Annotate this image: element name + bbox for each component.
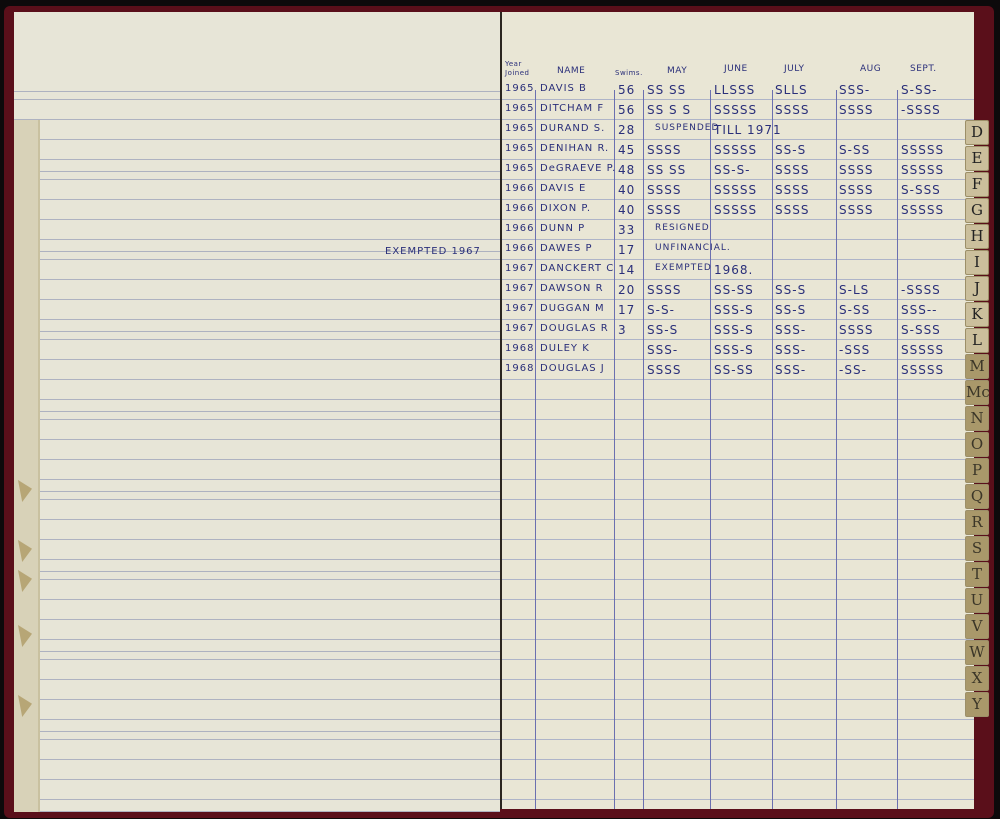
cell-swims: 14: [618, 263, 635, 277]
cell-year: 1965: [505, 103, 534, 114]
header-sept: SEPT.: [910, 64, 937, 74]
cell-may: SSSS: [647, 363, 681, 377]
cell-aug: S-SS: [839, 303, 870, 317]
cell-swims: 33: [618, 223, 635, 237]
cell-june: SSS-S: [714, 323, 754, 337]
table-row: 1966DIXON P.40SSSSSSSSSSSSSSSSSSSSSS: [502, 200, 974, 220]
index-tab-r[interactable]: R: [965, 510, 989, 535]
table-row: 1966DAWES P17UNFINANCIAL.: [502, 240, 974, 260]
header-swims: Swims.: [615, 69, 643, 77]
table-row: 1965DAVIS B56SS SSLLSSSSLLSSSS-S-SS-: [502, 80, 974, 100]
cell-june: SS-SS: [714, 363, 754, 377]
cell-may: SS S S: [647, 103, 691, 117]
cell-swims: 17: [618, 243, 635, 257]
right-page-ledger: Year Joined NAME Swims. MAY JUNE JULY AU…: [500, 12, 974, 809]
margin-note-exempted: EXEMPTED 1967: [385, 246, 481, 257]
index-tab-t[interactable]: T: [965, 562, 989, 587]
cell-name: DAWSON R: [540, 283, 604, 294]
cell-sept: S-SSS: [901, 183, 941, 197]
index-tab-m[interactable]: M: [965, 354, 989, 379]
cell-name: DAVIS B: [540, 83, 587, 94]
index-tab-k[interactable]: K: [965, 302, 989, 327]
index-tab-d[interactable]: D: [965, 120, 989, 145]
cell-year: 1967: [505, 283, 534, 294]
cell-sept: SSSSS: [901, 163, 944, 177]
cell-swims: 56: [618, 103, 635, 117]
index-tab-f[interactable]: F: [965, 172, 989, 197]
index-tab-v[interactable]: V: [965, 614, 989, 639]
cell-june: SSSSS: [714, 103, 757, 117]
cell-july: SSS-: [775, 363, 806, 377]
cell-swims: 40: [618, 203, 635, 217]
cell-june: 1968.: [714, 263, 753, 277]
cell-name: DAWES P: [540, 243, 593, 254]
cell-year: 1967: [505, 323, 534, 334]
index-tab-p[interactable]: P: [965, 458, 989, 483]
table-row: 1967DOUGLAS R3SS-SSSS-SSSS-SSSSS-SSS: [502, 320, 974, 340]
cell-july: SS-S: [775, 303, 806, 317]
cell-year: 1967: [505, 303, 534, 314]
cell-swims: 45: [618, 143, 635, 157]
cell-sept: -SSSS: [901, 103, 941, 117]
cell-name: DeGRAEVE P.: [540, 163, 616, 174]
cell-year: 1965: [505, 163, 534, 174]
cell-may: SUSPENDED: [655, 123, 719, 133]
cell-july: SSSS: [775, 103, 809, 117]
table-row: 1966DAVIS E40SSSSSSSSSSSSSSSSSS-SSS: [502, 180, 974, 200]
cell-june: SS-SS: [714, 283, 754, 297]
cell-year: 1965: [505, 123, 534, 134]
cell-sept: -SSSS: [901, 283, 941, 297]
alphabet-index-tabs: DEFGHIJKLMMcNOPQRSTUVWXY: [965, 120, 989, 718]
cell-sept: SSSSS: [901, 203, 944, 217]
cell-name: DURAND S.: [540, 123, 605, 134]
cell-sept: SSSSS: [901, 363, 944, 377]
index-tab-n[interactable]: N: [965, 406, 989, 431]
header-year-joined: Year Joined: [505, 60, 535, 78]
cell-aug: SSSS: [839, 103, 873, 117]
cell-name: DUGGAN M: [540, 303, 605, 314]
index-tab-s[interactable]: S: [965, 536, 989, 561]
cell-july: SSS-: [775, 323, 806, 337]
cell-sept: SSSSS: [901, 143, 944, 157]
cell-may: EXEMPTED: [655, 263, 712, 273]
cell-july: SSSS: [775, 203, 809, 217]
cell-may: RESIGNED: [655, 223, 710, 233]
table-row: 1967DAWSON R20SSSSSS-SSSS-SS-LS-SSSS: [502, 280, 974, 300]
cell-name: DULEY K: [540, 343, 590, 354]
cell-year: 1965: [505, 83, 534, 94]
cell-july: SLLS: [775, 83, 808, 97]
cell-aug: S-LS: [839, 283, 869, 297]
cell-may: SSSS: [647, 183, 681, 197]
cell-year: 1965: [505, 143, 534, 154]
table-row: 1965DITCHAM F56SS S SSSSSSSSSSSSSS-SSSS: [502, 100, 974, 120]
cell-aug: SSSS: [839, 183, 873, 197]
cell-name: DIXON P.: [540, 203, 591, 214]
table-row: 1967DUGGAN M17S-S-SSS-SSS-SS-SSSSS--: [502, 300, 974, 320]
cell-june: SS-S-: [714, 163, 751, 177]
cell-july: SS-S: [775, 143, 806, 157]
cell-swims: 20: [618, 283, 635, 297]
table-row: 1965DeGRAEVE P.48SS SSSS-S-SSSSSSSSSSSSS: [502, 160, 974, 180]
cell-june: SSSSS: [714, 203, 757, 217]
index-tab-q[interactable]: Q: [965, 484, 989, 509]
cell-july: SSSS: [775, 183, 809, 197]
cell-aug: SSSS: [839, 203, 873, 217]
table-row: 1968DULEY KSSS-SSS-SSSS--SSSSSSSS: [502, 340, 974, 360]
cell-aug: -SSS: [839, 343, 870, 357]
cell-swims: 40: [618, 183, 635, 197]
cell-swims: 28: [618, 123, 635, 137]
table-row: 1965DENIHAN R.45SSSSSSSSSSS-SS-SSSSSSS: [502, 140, 974, 160]
ruled-lines: [14, 80, 500, 812]
table-row: 1967DANCKERT C14EXEMPTED1968.: [502, 260, 974, 280]
index-tab-j[interactable]: J: [965, 276, 989, 301]
left-page: [14, 12, 500, 812]
index-tab-u[interactable]: U: [965, 588, 989, 613]
torn-stub: [18, 625, 32, 647]
cell-year: 1966: [505, 223, 534, 234]
index-tab-h[interactable]: H: [965, 224, 989, 249]
cell-sept: S-SSS: [901, 323, 941, 337]
cell-may: SS-S: [647, 323, 678, 337]
torn-page-stubs: [14, 120, 40, 812]
cell-may: UNFINANCIAL.: [655, 243, 731, 253]
torn-stub: [18, 695, 32, 717]
cell-name: DOUGLAS J: [540, 363, 605, 374]
cell-name: DENIHAN R.: [540, 143, 609, 154]
cell-year: 1967: [505, 263, 534, 274]
cell-swims: 3: [618, 323, 627, 337]
cell-aug: SSSS: [839, 163, 873, 177]
cell-may: SSSS: [647, 203, 681, 217]
cell-july: SSS-: [775, 343, 806, 357]
cell-aug: SSSS: [839, 323, 873, 337]
cell-name: DANCKERT C: [540, 263, 614, 274]
cell-name: DUNN P: [540, 223, 585, 234]
cell-june: SSSSS: [714, 183, 757, 197]
cell-name: DAVIS E: [540, 183, 586, 194]
header-aug: AUG: [860, 64, 881, 74]
torn-stub: [18, 570, 32, 592]
index-tab-y[interactable]: Y: [965, 692, 989, 717]
torn-stub: [18, 480, 32, 502]
cell-swims: 17: [618, 303, 635, 317]
cell-aug: S-SS: [839, 143, 870, 157]
cell-july: SSSS: [775, 163, 809, 177]
header-may: MAY: [667, 66, 687, 76]
cell-sept: SSS--: [901, 303, 938, 317]
cell-swims: 56: [618, 83, 635, 97]
cell-swims: 48: [618, 163, 635, 177]
index-tab-x[interactable]: X: [965, 666, 989, 691]
cell-june: SSS-S: [714, 303, 754, 317]
cell-june: SSSSS: [714, 143, 757, 157]
cell-june: TILL 1971: [714, 123, 782, 137]
cell-sept: SSSSS: [901, 343, 944, 357]
cell-july: SS-S: [775, 283, 806, 297]
header-july: JULY: [784, 64, 805, 74]
cell-year: 1966: [505, 243, 534, 254]
cell-may: S-S-: [647, 303, 675, 317]
cell-may: SSS-: [647, 343, 678, 357]
cell-year: 1966: [505, 203, 534, 214]
cell-name: DOUGLAS R: [540, 323, 609, 334]
cell-june: SSS-S: [714, 343, 754, 357]
cell-sept: S-SS-: [901, 83, 938, 97]
cell-june: LLSSS: [714, 83, 755, 97]
cell-year: 1966: [505, 183, 534, 194]
table-row: 1968DOUGLAS JSSSSSS-SSSSS--SS-SSSSS: [502, 360, 974, 380]
cell-may: SSSS: [647, 143, 681, 157]
cell-may: SSSS: [647, 283, 681, 297]
torn-stub: [18, 540, 32, 562]
table-row: 1965DURAND S.28SUSPENDEDTILL 1971: [502, 120, 974, 140]
cell-year: 1968: [505, 363, 534, 374]
header-june: JUNE: [724, 64, 748, 74]
index-tab-g[interactable]: G: [965, 198, 989, 223]
cell-year: 1968: [505, 343, 534, 354]
index-tab-o[interactable]: O: [965, 432, 989, 457]
cell-aug: SSS-: [839, 83, 870, 97]
cell-name: DITCHAM F: [540, 103, 604, 114]
index-tab-w[interactable]: W: [965, 640, 989, 665]
header-name: NAME: [557, 66, 585, 76]
cell-may: SS SS: [647, 83, 686, 97]
index-tab-mc[interactable]: Mc: [965, 380, 989, 405]
index-tab-e[interactable]: E: [965, 146, 989, 171]
cell-aug: -SS-: [839, 363, 867, 377]
cell-may: SS SS: [647, 163, 686, 177]
table-row: 1966DUNN P33RESIGNED: [502, 220, 974, 240]
index-tab-l[interactable]: L: [965, 328, 989, 353]
index-tab-i[interactable]: I: [965, 250, 989, 275]
